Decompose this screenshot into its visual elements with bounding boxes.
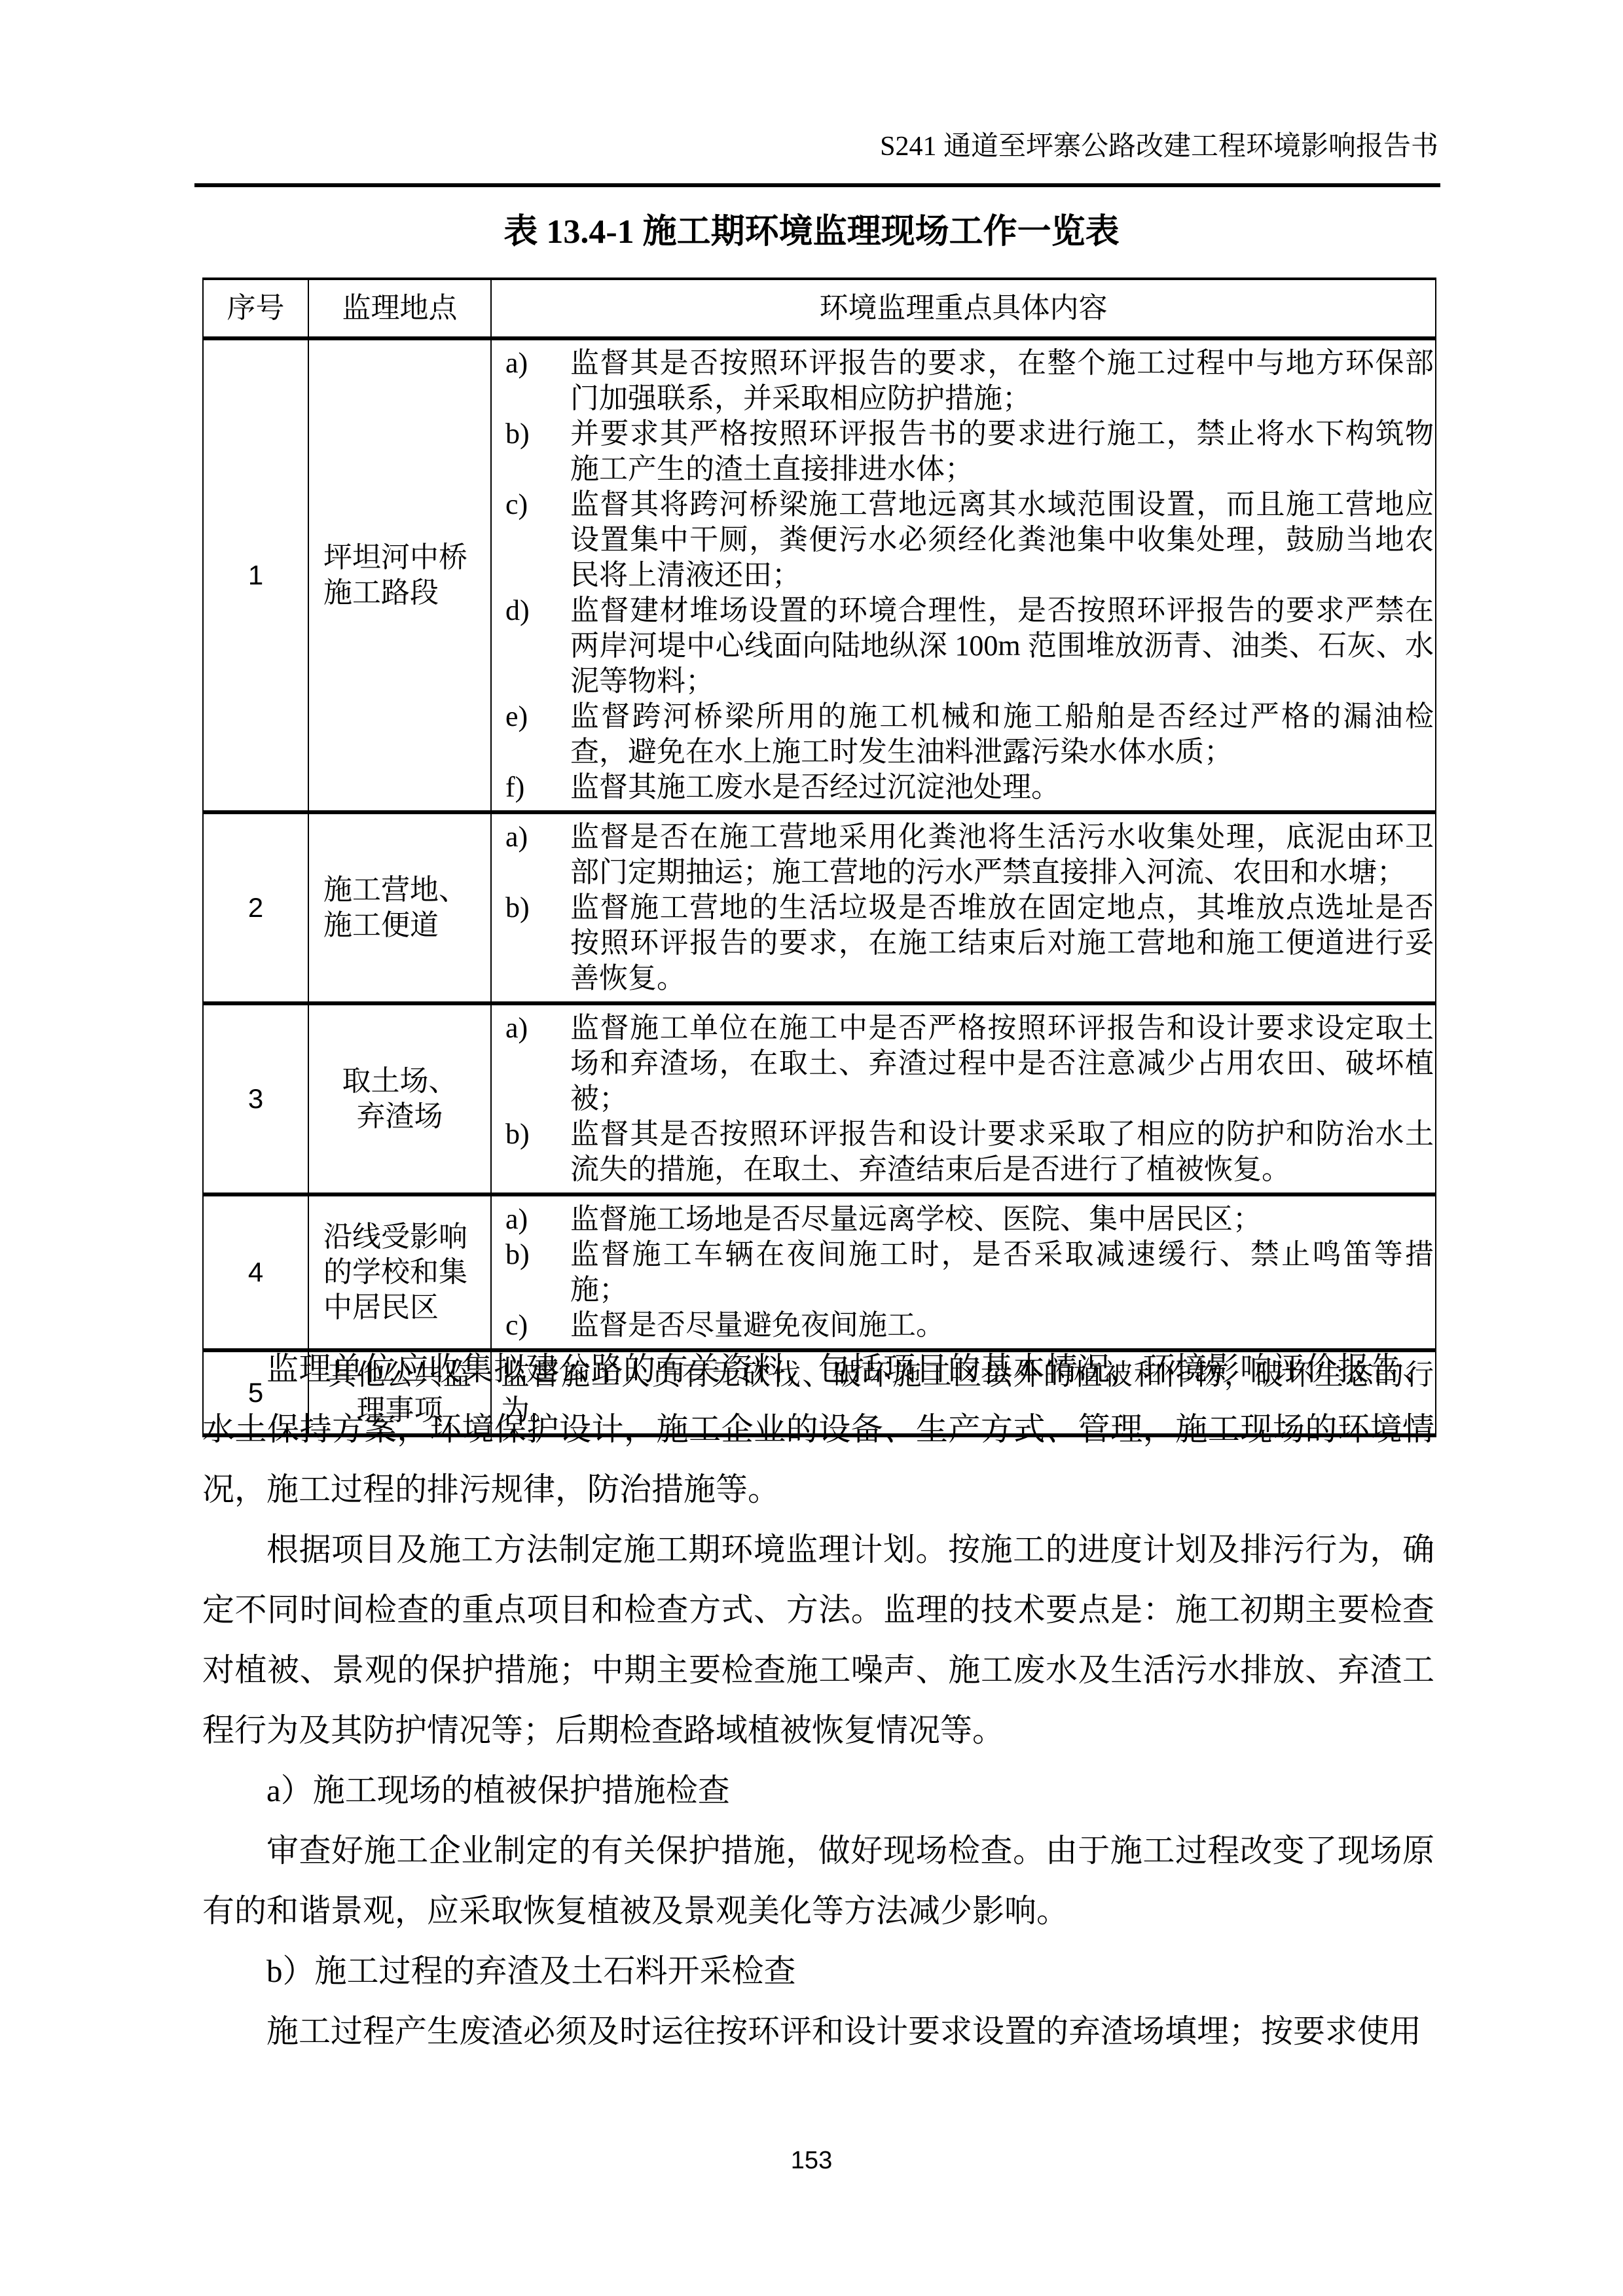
table-row: 3取土场、 弃渣场a)监督施工单位在施工中是否严格按照环评报告和设计要求设定取土… [203,1003,1436,1194]
table-row: 2施工营地、 施工便道a)监督是否在施工营地采用化粪池将生活污水收集处理，底泥由… [203,812,1436,1003]
item-marker: a) [505,1011,528,1046]
row-number-cell: 2 [203,812,308,1003]
item-text: 监督其施工废水是否经过沉淀池处理。 [570,771,1060,803]
row-location-cell: 沿线受影响 的学校和集 中居民区 [308,1194,491,1350]
item-marker: b) [505,1117,530,1152]
item-text: 监督施工车辆在夜间施工时，是否采取减速缓行、禁止鸣笛等措施； [570,1238,1434,1306]
content-item: b)监督施工营地的生活垃圾是否堆放在固定地点，其堆放点选址是否按照环评报告的要求… [501,890,1434,996]
paragraph: 审查好施工企业制定的有关保护措施，做好现场检查。由于施工过程改变了现场原有的和谐… [202,1821,1434,1941]
content-item: b)并要求其严格按照环评报告书的要求进行施工，禁止将水下构筑物施工产生的渣土直接… [501,416,1434,487]
item-text: 监督是否在施工营地采用化粪池将生活污水收集处理，底泥由环卫部门定期抽运；施工营地… [570,821,1434,888]
row-location-cell: 坪坦河中桥 施工路段 [308,338,491,812]
header-rule [194,183,1440,187]
column-header-seq: 序号 [203,279,308,338]
body-paragraphs: 监理单位应收集拟建公路的有关资料，包括项目的基本情况，环境影响评价报告、水土保持… [202,1339,1434,2062]
item-text: 监督施工营地的生活垃圾是否堆放在固定地点，其堆放点选址是否按照环评报告的要求，在… [570,891,1434,994]
item-text: 监督施工场地是否尽量远离学校、医院、集中居民区； [570,1203,1262,1235]
content-item: b)监督施工车辆在夜间施工时，是否采取减速缓行、禁止鸣笛等措施； [501,1237,1434,1308]
table-header: 序号 监理地点 环境监理重点具体内容 [203,279,1436,338]
item-text: 监督其是否按照环评报告和设计要求采取了相应的防护和防治水土流失的措施，在取土、弃… [570,1118,1434,1185]
paragraph: 施工过程产生废渣必须及时运往按环评和设计要求设置的弃渣场填埋；按要求使用 [202,2001,1434,2062]
item-marker: c) [505,487,528,522]
item-marker: c) [505,1308,528,1343]
content-item: a)监督施工场地是否尽量远离学校、医院、集中居民区； [501,1202,1434,1237]
item-marker: b) [505,1237,530,1272]
item-text: 监督其是否按照环评报告的要求，在整个施工过程中与地方环保部门加强联系，并采取相应… [570,347,1434,414]
content-item: b)监督其是否按照环评报告和设计要求采取了相应的防护和防治水土流失的措施，在取土… [501,1117,1434,1187]
item-text: 监督施工单位在施工中是否严格按照环评报告和设计要求设定取土场和弃渣场，在取土、弃… [570,1012,1434,1115]
item-marker: a) [505,1202,528,1237]
row-content-cell: a)监督是否在施工营地采用化粪池将生活污水收集处理，底泥由环卫部门定期抽运；施工… [491,812,1436,1003]
item-marker: b) [505,416,530,452]
content-item: c)监督是否尽量避免夜间施工。 [501,1308,1434,1343]
running-header: S241 通道至坪寨公路改建工程环境影响报告书 [880,127,1438,166]
item-text: 并要求其严格按照环评报告书的要求进行施工，禁止将水下构筑物施工产生的渣土直接排进… [570,418,1434,485]
item-marker: b) [505,890,530,925]
table-row: 1坪坦河中桥 施工路段a)监督其是否按照环评报告的要求，在整个施工过程中与地方环… [203,338,1436,812]
row-number-cell: 3 [203,1003,308,1194]
content-item: a)监督其是否按照环评报告的要求，在整个施工过程中与地方环保部门加强联系，并采取… [501,346,1434,416]
table-caption: 表 13.4-1 施工期环境监理现场工作一览表 [0,209,1623,255]
row-location-cell: 施工营地、 施工便道 [308,812,491,1003]
supervision-table: 序号 监理地点 环境监理重点具体内容 1坪坦河中桥 施工路段a)监督其是否按照环… [202,278,1436,1437]
item-text: 监督是否尽量避免夜间施工。 [570,1309,945,1341]
row-content-cell: a)监督施工单位在施工中是否严格按照环评报告和设计要求设定取土场和弃渣场，在取土… [491,1003,1436,1194]
paragraph: a）施工现场的植被保护措施检查 [202,1761,1434,1821]
paragraph: 监理单位应收集拟建公路的有关资料，包括项目的基本情况，环境影响评价报告、水土保持… [202,1339,1434,1520]
item-text: 监督建材堆场设置的环境合理性，是否按照环评报告的要求严禁在两岸河堤中心线面向陆地… [570,594,1434,697]
content-item: a)监督是否在施工营地采用化粪池将生活污水收集处理，底泥由环卫部门定期抽运；施工… [501,819,1434,890]
item-text: 监督其将跨河桥梁施工营地远离其水域范围设置，而且施工营地应设置集中干厕，粪便污水… [570,488,1434,591]
row-number-cell: 1 [203,338,308,812]
row-content-cell: a)监督其是否按照环评报告的要求，在整个施工过程中与地方环保部门加强联系，并采取… [491,338,1436,812]
table-body: 1坪坦河中桥 施工路段a)监督其是否按照环评报告的要求，在整个施工过程中与地方环… [203,338,1436,1435]
content-item: a)监督施工单位在施工中是否严格按照环评报告和设计要求设定取土场和弃渣场，在取土… [501,1011,1434,1117]
content-item: f)监督其施工废水是否经过沉淀池处理。 [501,770,1434,805]
table-header-row: 序号 监理地点 环境监理重点具体内容 [203,279,1436,338]
paragraph: 根据项目及施工方法制定施工期环境监理计划。按施工的进度计划及排污行为，确定不同时… [202,1520,1434,1761]
document-page: S241 通道至坪寨公路改建工程环境影响报告书 表 13.4-1 施工期环境监理… [0,0,1623,2296]
item-marker: e) [505,699,528,734]
content-item: c)监督其将跨河桥梁施工营地远离其水域范围设置，而且施工营地应设置集中干厕，粪便… [501,487,1434,593]
item-marker: a) [505,346,528,381]
row-content-cell: a)监督施工场地是否尽量远离学校、医院、集中居民区；b)监督施工车辆在夜间施工时… [491,1194,1436,1350]
item-marker: f) [505,770,524,805]
row-location-cell: 取土场、 弃渣场 [308,1003,491,1194]
row-number-cell: 4 [203,1194,308,1350]
content-item: e)监督跨河桥梁所用的施工机械和施工船舶是否经过严格的漏油检查，避免在水上施工时… [501,699,1434,770]
item-marker: a) [505,819,528,855]
column-header-content: 环境监理重点具体内容 [491,279,1436,338]
content-item: d)监督建材堆场设置的环境合理性，是否按照环评报告的要求严禁在两岸河堤中心线面向… [501,593,1434,699]
item-text: 监督跨河桥梁所用的施工机械和施工船舶是否经过严格的漏油检查，避免在水上施工时发生… [570,700,1434,768]
page-number: 153 [0,2147,1623,2175]
item-marker: d) [505,593,530,628]
table-row: 4沿线受影响 的学校和集 中居民区a)监督施工场地是否尽量远离学校、医院、集中居… [203,1194,1436,1350]
column-header-location: 监理地点 [308,279,491,338]
paragraph: b）施工过程的弃渣及土石料开采检查 [202,1941,1434,2001]
